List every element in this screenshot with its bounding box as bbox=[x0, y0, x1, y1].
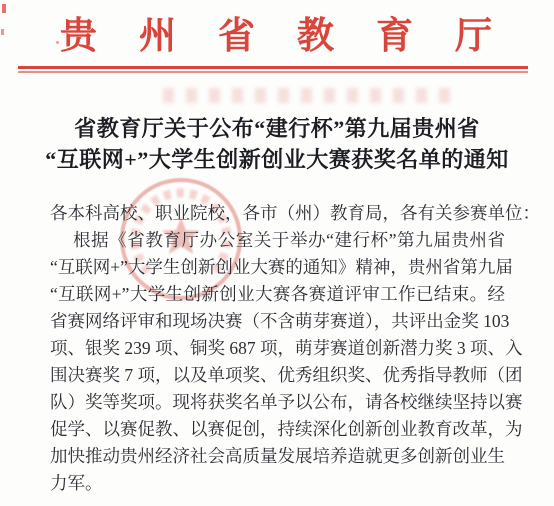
body-line: 促学、以赛促教、以赛促创，持续深化创新创业教育改革，为 bbox=[50, 416, 505, 443]
body-line: “互联网+”大学生创新创业大赛的通知》精神，贵州省第九届 bbox=[50, 254, 505, 281]
scan-artifact bbox=[56, 41, 59, 44]
scan-artifact bbox=[2, 4, 6, 13]
bleed-through-artifact bbox=[163, 88, 455, 103]
body-line: 力军。 bbox=[50, 470, 505, 497]
body-line: 队）奖等奖项。现将获奖名单予以公布，请各校继续坚持以赛 bbox=[50, 389, 505, 416]
title-line-1: 省教育厅关于公布“建行杯”第九届贵州省 bbox=[0, 113, 554, 144]
title-line-2: “互联网+”大学生创新创业大赛获奖名单的通知 bbox=[0, 144, 554, 175]
agency-letterhead: 贵州省教育厅 bbox=[60, 16, 492, 58]
body-line: “互联网+”大学生创新创业大赛各赛道评审工作已结束。经 bbox=[50, 281, 505, 308]
document-title: 省教育厅关于公布“建行杯”第九届贵州省 “互联网+”大学生创新创业大赛获奖名单的… bbox=[0, 113, 554, 175]
salutation-line: 各本科高校、职业院校，各市（州）教育局，各有关参赛单位： bbox=[50, 200, 505, 227]
letterhead-divider bbox=[18, 66, 528, 74]
document-body: 各本科高校、职业院校，各市（州）教育局，各有关参赛单位： 根据《省教育厅办公室关… bbox=[50, 200, 505, 497]
body-line: 根据《省教育厅办公室关于举办“建行杯”第九届贵州省 bbox=[50, 227, 505, 254]
body-line: 加快推动贵州经济社会高质量发展培养造就更多创新创业生 bbox=[50, 443, 505, 470]
document-page: 贵州省教育厅 省教育厅关于公布“建行杯”第九届贵州省 “互联网+”大学生创新创业… bbox=[0, 0, 554, 506]
scan-artifact bbox=[1, 29, 4, 35]
body-line: 项、银奖 239 项、铜奖 687 项，萌芽赛道创新潜力奖 3 项、入 bbox=[50, 335, 505, 362]
body-line: 围决赛奖 7 项，以及单项奖、优秀组织奖、优秀指导教师（团 bbox=[50, 362, 505, 389]
body-line: 省赛网络评审和现场决赛（不含萌芽赛道），共评出金奖 103 bbox=[50, 308, 505, 335]
